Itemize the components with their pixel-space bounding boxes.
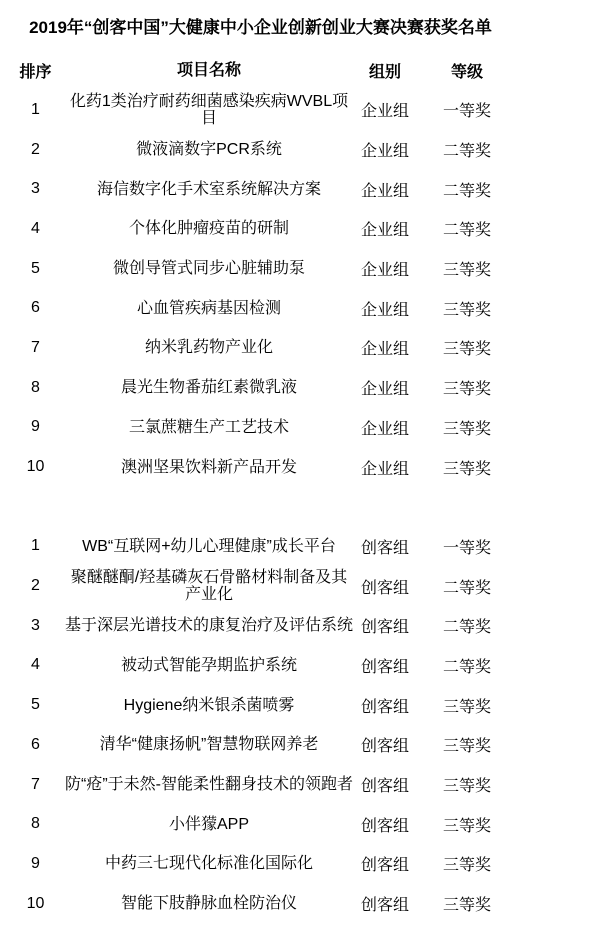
rank-cell: 4 <box>8 656 63 674</box>
table-row: 4 被动式智能孕期监护系统 创客组 二等奖 <box>8 646 513 686</box>
group-cell: 创客组 <box>355 575 415 598</box>
table-row: 7 纳米乳药物产业化 企业组 三等奖 <box>8 328 513 368</box>
table-row: 4 个体化肿瘤疫苗的研制 企业组 二等奖 <box>8 209 513 249</box>
award-level-cell: 三等奖 <box>421 416 513 439</box>
project-name-cell: 清华“健康扬帆”智慧物联网养老 <box>63 736 355 753</box>
column-header-group: 组别 <box>355 59 415 82</box>
group-cell: 企业组 <box>355 138 415 161</box>
group-cell: 企业组 <box>355 178 415 201</box>
award-level-cell: 一等奖 <box>421 535 513 558</box>
table-row: 9 中药三七现代化标准化国际化 创客组 三等奖 <box>8 844 513 884</box>
table-row: 10 澳洲坚果饮料新产品开发 企业组 三等奖 <box>8 447 513 487</box>
award-level-cell: 二等奖 <box>421 575 513 598</box>
table-body: 1 化药1类治疗耐药细菌感染疾病WVBL项目 企业组 一等奖 2 微液滴数字PC… <box>8 90 513 923</box>
table-row: 8 晨光生物番茄红素微乳液 企业组 三等奖 <box>8 368 513 408</box>
project-name-cell: 微液滴数字PCR系统 <box>63 141 355 158</box>
table-row: 1 WB“互联网+幼儿心理健康”成长平台 创客组 一等奖 <box>8 527 513 567</box>
group-cell: 创客组 <box>355 694 415 717</box>
rank-cell: 3 <box>8 180 63 198</box>
award-level-cell: 三等奖 <box>421 336 513 359</box>
group-cell: 创客组 <box>355 892 415 915</box>
project-name-cell: Hygiene纳米银杀菌喷雾 <box>63 697 355 714</box>
award-level-cell: 二等奖 <box>421 614 513 637</box>
project-name-cell: 防“疮”于未然-智能柔性翻身技术的领跑者 <box>63 776 355 793</box>
table-row: 2 聚醚醚酮/羟基磷灰石骨骼材料制备及其产业化 创客组 二等奖 <box>8 566 513 606</box>
table-row: 7 防“疮”于未然-智能柔性翻身技术的领跑者 创客组 三等奖 <box>8 765 513 805</box>
column-header-rank: 排序 <box>8 59 63 82</box>
award-list-document: 2019年“创客中国”大健康中小企业创新创业大赛决赛获奖名单 排序 项目名称 组… <box>8 18 513 923</box>
table-row: 9 三氯蔗糖生产工艺技术 企业组 三等奖 <box>8 408 513 448</box>
rank-cell: 10 <box>8 458 63 476</box>
group-cell: 企业组 <box>355 257 415 280</box>
award-level-cell: 三等奖 <box>421 773 513 796</box>
project-name-cell: 化药1类治疗耐药细菌感染疾病WVBL项目 <box>63 93 355 127</box>
table-row: 3 基于深层光谱技术的康复治疗及评估系统 创客组 二等奖 <box>8 606 513 646</box>
table-row: 8 小伴獴APP 创客组 三等奖 <box>8 804 513 844</box>
award-level-cell: 三等奖 <box>421 733 513 756</box>
award-level-cell: 三等奖 <box>421 257 513 280</box>
column-header-award-level: 等级 <box>421 59 513 82</box>
project-name-cell: 智能下肢静脉血栓防治仪 <box>63 895 355 912</box>
rank-cell: 5 <box>8 696 63 714</box>
project-name-cell: 心血管疾病基因检测 <box>63 300 355 317</box>
rank-cell: 6 <box>8 299 63 317</box>
award-level-cell: 三等奖 <box>421 376 513 399</box>
document-page: 2019年“创客中国”大健康中小企业创新创业大赛决赛获奖名单 排序 项目名称 组… <box>0 0 600 936</box>
project-name-cell: 小伴獴APP <box>63 816 355 833</box>
group-cell: 创客组 <box>355 733 415 756</box>
table-row: 2 微液滴数字PCR系统 企业组 二等奖 <box>8 130 513 170</box>
project-name-cell: 基于深层光谱技术的康复治疗及评估系统 <box>63 617 355 634</box>
table-row: 5 微创导管式同步心脏辅助泵 企业组 三等奖 <box>8 249 513 289</box>
table-row: 6 清华“健康扬帆”智慧物联网养老 创客组 三等奖 <box>8 725 513 765</box>
group-cell: 创客组 <box>355 614 415 637</box>
group-cell: 企业组 <box>355 456 415 479</box>
rank-cell: 4 <box>8 220 63 238</box>
group-cell: 创客组 <box>355 773 415 796</box>
project-name-cell: 微创导管式同步心脏辅助泵 <box>63 260 355 277</box>
project-name-cell: 晨光生物番茄红素微乳液 <box>63 379 355 396</box>
project-name-cell: 被动式智能孕期监护系统 <box>63 657 355 674</box>
page-title: 2019年“创客中国”大健康中小企业创新创业大赛决赛获奖名单 <box>8 18 513 38</box>
rank-cell: 9 <box>8 855 63 873</box>
rank-cell: 9 <box>8 418 63 436</box>
award-level-cell: 一等奖 <box>421 98 513 121</box>
group-cell: 企业组 <box>355 98 415 121</box>
rank-cell: 5 <box>8 260 63 278</box>
section-gap <box>8 487 513 527</box>
award-level-cell: 三等奖 <box>421 813 513 836</box>
project-name-cell: 澳洲坚果饮料新产品开发 <box>63 459 355 476</box>
table-row: 10 智能下肢静脉血栓防治仪 创客组 三等奖 <box>8 884 513 924</box>
award-level-cell: 二等奖 <box>421 217 513 240</box>
award-level-cell: 三等奖 <box>421 892 513 915</box>
table-row: 6 心血管疾病基因检测 企业组 三等奖 <box>8 288 513 328</box>
table-row: 1 化药1类治疗耐药细菌感染疾病WVBL项目 企业组 一等奖 <box>8 90 513 130</box>
rank-cell: 7 <box>8 339 63 357</box>
project-name-cell: 海信数字化手术室系统解决方案 <box>63 181 355 198</box>
award-level-cell: 二等奖 <box>421 138 513 161</box>
group-cell: 创客组 <box>355 852 415 875</box>
project-name-cell: WB“互联网+幼儿心理健康”成长平台 <box>63 538 355 555</box>
table-header-row: 排序 项目名称 组别 等级 <box>8 54 513 86</box>
rank-cell: 2 <box>8 577 63 595</box>
group-cell: 企业组 <box>355 336 415 359</box>
award-level-cell: 二等奖 <box>421 178 513 201</box>
rank-cell: 3 <box>8 617 63 635</box>
column-header-project-name: 项目名称 <box>63 62 355 79</box>
rank-cell: 8 <box>8 379 63 397</box>
award-level-cell: 二等奖 <box>421 654 513 677</box>
award-level-cell: 三等奖 <box>421 456 513 479</box>
group-cell: 企业组 <box>355 376 415 399</box>
project-name-cell: 三氯蔗糖生产工艺技术 <box>63 419 355 436</box>
group-cell: 企业组 <box>355 416 415 439</box>
award-level-cell: 三等奖 <box>421 852 513 875</box>
group-cell: 企业组 <box>355 217 415 240</box>
table-row: 5 Hygiene纳米银杀菌喷雾 创客组 三等奖 <box>8 685 513 725</box>
rank-cell: 1 <box>8 101 63 119</box>
project-name-cell: 个体化肿瘤疫苗的研制 <box>63 220 355 237</box>
project-name-cell: 纳米乳药物产业化 <box>63 339 355 356</box>
table-row: 3 海信数字化手术室系统解决方案 企业组 二等奖 <box>8 169 513 209</box>
rank-cell: 6 <box>8 736 63 754</box>
group-cell: 创客组 <box>355 813 415 836</box>
rank-cell: 2 <box>8 141 63 159</box>
rank-cell: 10 <box>8 895 63 913</box>
award-level-cell: 三等奖 <box>421 297 513 320</box>
rank-cell: 1 <box>8 537 63 555</box>
group-cell: 创客组 <box>355 535 415 558</box>
project-name-cell: 中药三七现代化标准化国际化 <box>63 855 355 872</box>
group-cell: 创客组 <box>355 654 415 677</box>
rank-cell: 8 <box>8 815 63 833</box>
project-name-cell: 聚醚醚酮/羟基磷灰石骨骼材料制备及其产业化 <box>63 569 355 603</box>
award-level-cell: 三等奖 <box>421 694 513 717</box>
group-cell: 企业组 <box>355 297 415 320</box>
rank-cell: 7 <box>8 776 63 794</box>
